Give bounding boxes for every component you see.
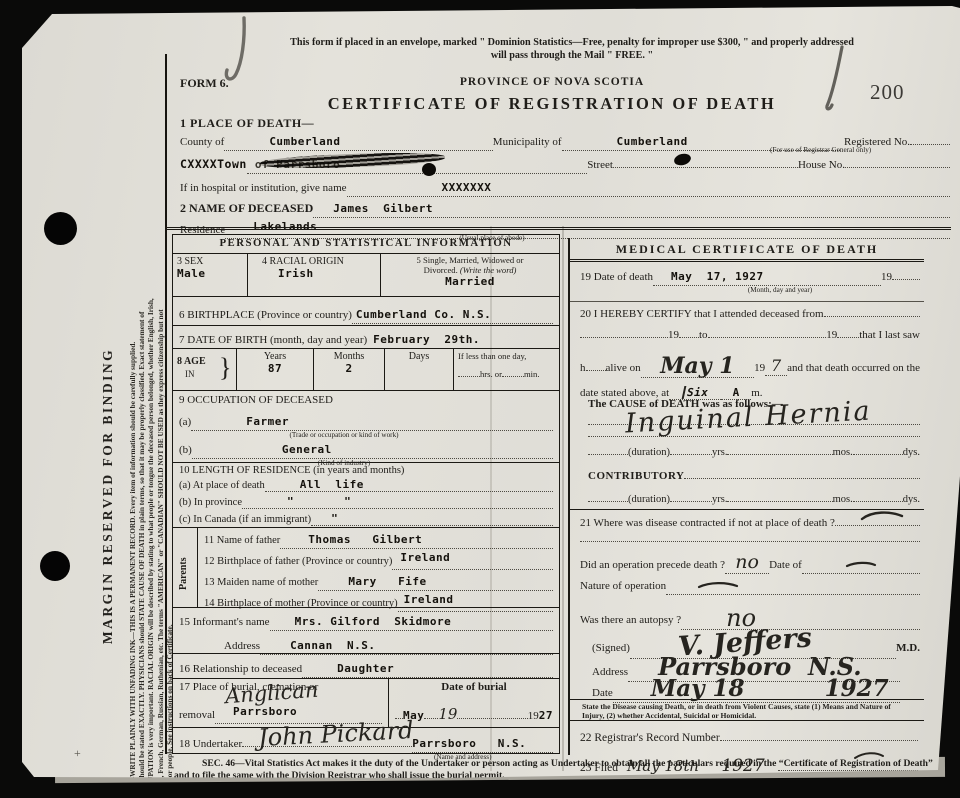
ink-blot-scribble: [422, 163, 436, 176]
occupation-label: 9 OCCUPATION OF DECEASED: [179, 394, 553, 406]
registrar-record-label: 22 Registrar's Record Number: [580, 732, 720, 744]
length-residence-row: 10 LENGTH OF RESIDENCE (in years and mon…: [173, 463, 559, 528]
registered-no-caption: (For use of Registrar General only): [770, 146, 871, 154]
burial-day-handwriting: 19: [438, 705, 457, 723]
nb-line: AGE should be stated EXACTLY. PHYSICIANS…: [137, 56, 146, 798]
operation-row: Did an operation precede death ? no Date…: [570, 551, 924, 576]
alive-on: alive on: [606, 362, 641, 374]
yrs-label2: yrs.: [712, 494, 727, 505]
q21-block: 21 Where was disease contracted if not a…: [570, 513, 924, 549]
occ-b-label: (b): [179, 444, 192, 456]
burial-year-value: 27: [539, 709, 553, 722]
age-brace: }: [219, 353, 231, 383]
scanned-death-certificate: MARGIN RESERVED FOR BINDING N.B.—WRITE P…: [0, 0, 960, 798]
yrs-label: yrs.: [712, 447, 727, 458]
racial-origin-cell: 4 RACIAL ORIGIN Irish: [248, 254, 381, 296]
last-saw: that I last saw: [859, 329, 920, 341]
mail-notice-line2: will pass through the Mail " FREE. ": [277, 49, 867, 62]
medical-section-title: MEDICAL CERTIFICATE OF DEATH: [570, 242, 924, 262]
informant-addr-label: Address: [224, 640, 260, 652]
certificate-paper: MARGIN RESERVED FOR BINDING N.B.—WRITE P…: [22, 6, 960, 786]
sex-value: Male: [177, 267, 243, 280]
date-of-death-value: May 17, 1927: [671, 270, 764, 283]
undertaker-value: Parrsboro N.S.: [412, 737, 526, 750]
deceased-name-line: 2 NAME OF DECEASED James Gilbert: [180, 199, 950, 218]
informant-label: 15 Informant's name: [179, 616, 270, 628]
deceased-name-value: James Gilbert: [333, 202, 433, 215]
days-label: Days: [389, 351, 449, 362]
len-b-label: (b) In province: [179, 497, 242, 508]
physician-date-handwriting: May 18 1927: [651, 675, 889, 702]
father-label: 11 Name of father: [204, 535, 280, 546]
years-label: Years: [241, 351, 309, 362]
certificate-title: CERTIFICATE OF REGISTRATION OF DEATH: [242, 94, 862, 114]
punch-hole-top: [44, 212, 77, 245]
registrar-record-row: 22 Registrar's Record Number: [570, 724, 924, 750]
birthplace-label: 6 BIRTHPLACE (Province or country): [179, 309, 352, 321]
town-label: CXXXXTown: [180, 157, 247, 171]
hospital-line: If in hospital or institution, give name…: [180, 178, 950, 197]
dod-year-printed: 19: [881, 271, 892, 283]
violent-note-line2: Injury, (2) whether Accidental, Suicidal…: [582, 712, 918, 721]
parents-fields: 11 Name of father Thomas Gilbert 12 Birt…: [198, 528, 559, 607]
occurred-text: and that death occurred on the: [787, 362, 920, 374]
hrs-label: hrs. or: [480, 369, 502, 379]
birthplace-value: Cumberland Co. N.S.: [356, 308, 491, 321]
medical-section: MEDICAL CERTIFICATE OF DEATH 19 Date of …: [568, 238, 924, 755]
street-label: Street: [587, 159, 613, 171]
parents-row: Parents 11 Name of father Thomas Gilbert…: [173, 528, 559, 608]
mail-notice: This form if placed in an envelope, mark…: [277, 36, 867, 62]
municipality-label: Municipality of: [493, 136, 562, 148]
operation-handwriting: no: [735, 551, 759, 573]
date-of-death-label: 19 Date of death: [580, 271, 653, 283]
stamp-number: 200: [870, 80, 905, 105]
age-days-cell: Days: [384, 349, 453, 390]
min-label: min.: [524, 369, 540, 379]
violent-note: State the Disease causing Death, or in d…: [570, 701, 924, 721]
father-bp-label: 12 Birthplace of father (Province or cou…: [204, 556, 392, 567]
nb-instructions: N.B.—WRITE PLAINLY WITH UNFADING INK—THI…: [128, 56, 174, 798]
marital-value: Married: [385, 275, 555, 288]
personal-section-title: PERSONAL AND STATISTICAL INFORMATION: [173, 235, 559, 254]
autopsy-row: Was there an autopsy ? no: [570, 601, 924, 627]
nb-line: Scotch, French, German, Russian, Rutheni…: [156, 56, 165, 798]
birthplace-row: 6 BIRTHPLACE (Province or country) Cumbe…: [173, 297, 559, 326]
length-residence-label: 10 LENGTH OF RESIDENCE (in years and mon…: [179, 465, 553, 476]
mother-value: Mary Fife: [348, 575, 426, 588]
nature-dash-ink: [696, 580, 740, 589]
section-divider: [165, 227, 951, 230]
marital-label: 5 Single, Married, Widowed or Divorced. …: [385, 256, 555, 275]
duration-label: (duration): [628, 447, 670, 458]
relationship-value: Daughter: [337, 662, 394, 675]
years-value: 87: [241, 362, 309, 375]
contributory-label: CONTRIBUTORY: [588, 470, 684, 482]
to-word: to: [699, 329, 708, 341]
len-b-ditto1: ": [287, 495, 294, 508]
county-label: County of: [180, 136, 224, 148]
operation-label: Did an operation precede death ?: [580, 559, 725, 571]
burial-place-handwriting: Anglican: [224, 678, 319, 708]
yr19a: 19: [668, 329, 679, 341]
father-bp-value: Ireland: [400, 551, 450, 564]
certify-block: 20 I HEREBY CERTIFY that I attended dece…: [570, 304, 924, 396]
certify-line1: 20 I HEREBY CERTIFY that I attended dece…: [580, 308, 824, 320]
dob-row: 7 DATE OF BIRTH (month, day and year) Fe…: [173, 326, 559, 348]
len-a-label: (a) At place of death: [179, 480, 265, 491]
informant-addr-value: Cannan N.S.: [290, 639, 375, 652]
len-a-value: All life: [300, 478, 364, 491]
informant-value: Mrs. Gilford Skidmore: [295, 615, 452, 628]
duration-label2: (duration): [628, 494, 670, 505]
registrar-tick-mark: +: [74, 746, 81, 761]
burial-date-cell: Date of burial May 19 1927: [389, 679, 559, 727]
punch-hole-bottom: [40, 551, 70, 581]
informant-row: 15 Informant's name Mrs. Gilford Skidmor…: [173, 608, 559, 654]
signed-row: (Signed) V. Jeffers M.D.: [570, 627, 924, 652]
months-label: Months: [318, 351, 380, 362]
undertaker-label: 18 Undertaker: [179, 738, 242, 750]
yr19b: 19: [826, 329, 837, 341]
hospital-value: XXXXXXX: [442, 181, 492, 194]
relationship-label: 16 Relationship to deceased: [179, 663, 302, 675]
burial-date-label: Date of burial: [395, 681, 553, 693]
age-cell: 8 AGE } IN: [173, 349, 236, 390]
undertaker-row: 18 Undertaker Parrsboro N.S. (Name and a…: [173, 728, 559, 753]
op-date-dash-ink: [844, 560, 878, 568]
burial-label-2: removal: [179, 709, 215, 721]
burial-year-printed: 19: [528, 710, 539, 722]
place-of-death-label: 1 PLACE OF DEATH—: [180, 116, 314, 131]
mother-label: 13 Maiden name of mother: [204, 577, 318, 588]
hospital-label: If in hospital or institution, give name: [180, 182, 347, 194]
occupation-row: 9 OCCUPATION OF DECEASED (a) Farmer (Tra…: [173, 391, 559, 463]
age-label: 8 AGE: [177, 356, 206, 367]
dys-label: dys.: [903, 447, 920, 458]
autopsy-label: Was there an autopsy ?: [580, 614, 681, 626]
racial-origin-label: 4 RACIAL ORIGIN: [262, 256, 376, 267]
sex-cell: 3 SEX Male: [173, 254, 248, 296]
age-months-cell: Months 2: [313, 349, 384, 390]
sex-label: 3 SEX: [177, 256, 243, 267]
alive-date-handwriting: May 1: [660, 353, 734, 379]
op-date-label: Date of: [769, 559, 802, 571]
len-c-ditto: ": [331, 512, 338, 525]
q21-dash-ink: [858, 509, 906, 523]
age-row: 8 AGE } IN Years 87 Months 2 Days If les…: [173, 348, 559, 391]
relationship-row: 16 Relationship to deceased Daughter: [173, 654, 559, 679]
county-value: Cumberland: [269, 135, 340, 148]
mos-label2: mos.: [833, 494, 853, 505]
date-of-death-row: 19 Date of death May 17, 1927 19 (Month,…: [570, 265, 924, 302]
months-value: 2: [318, 362, 380, 375]
nb-line: OCCUPATION is very important. RACIAL ORI…: [146, 56, 155, 798]
province-title: PROVINCE OF NOVA SCOTIA: [322, 76, 782, 88]
parents-label-cell: Parents: [173, 528, 198, 607]
marital-cell: 5 Single, Married, Widowed or Divorced. …: [381, 254, 559, 296]
cause-block: The CAUSE of DEATH was as follows:— Ingu…: [570, 396, 924, 466]
personal-section: PERSONAL AND STATISTICAL INFORMATION 3 S…: [172, 234, 560, 754]
len-b-ditto2: ": [344, 495, 351, 508]
date-of-death-caption: (Month, day and year): [670, 286, 890, 294]
father-value: Thomas Gilbert: [308, 533, 422, 546]
binding-margin-label: MARGIN RESERVED FOR BINDING: [100, 281, 124, 711]
q21-label: 21 Where was disease contracted if not a…: [580, 517, 835, 529]
less-than-day-label: If less than one day,: [458, 351, 555, 361]
sex-racial-marital-row: 3 SEX Male 4 RACIAL ORIGIN Irish 5 Singl…: [173, 254, 559, 297]
form-number: FORM 6.: [180, 76, 229, 91]
paper-fold: [562, 226, 564, 771]
occ-a-caption: (Trade or occupation or kind of work): [179, 431, 509, 439]
nature-label: Nature of operation: [580, 580, 666, 592]
municipality-value: Cumberland: [617, 135, 688, 148]
racial-origin-value: Irish: [278, 267, 376, 280]
age-years-cell: Years 87: [236, 349, 313, 390]
house-no-label: House No.: [798, 159, 845, 171]
nature-row: Nature of operation: [570, 576, 924, 601]
deceased-name-label: 2 NAME OF DECEASED: [180, 201, 313, 216]
physician-address-row: Address Parrsboro N.S.: [570, 652, 924, 675]
h-word: h: [580, 362, 586, 374]
mos-label: mos.: [833, 447, 853, 458]
parents-label: Parents: [178, 530, 189, 590]
contributory-block: CONTRIBUTORY (duration) yrs. mos. dys.: [570, 466, 924, 510]
occ-b-value: General: [282, 443, 332, 456]
mother-bp-value: Ireland: [404, 593, 454, 606]
age-less-cell: If less than one day, hrs. or min.: [453, 349, 559, 390]
form-left-border: [165, 54, 167, 754]
len-c-label: (c) In Canada (if an immigrant): [179, 514, 311, 525]
dob-value: February 29th.: [373, 333, 480, 346]
mail-notice-line1: This form if placed in an envelope, mark…: [277, 36, 867, 49]
alive-year-handwriting: 7: [771, 356, 781, 375]
dob-label: 7 DATE OF BIRTH (month, day and year): [179, 334, 367, 346]
physician-date-label: Date: [592, 687, 613, 699]
occ-a-label: (a): [179, 416, 191, 428]
occ-a-value: Farmer: [246, 415, 289, 428]
physician-date-row: Date May 18 1927: [570, 675, 924, 700]
nb-line: N.B.—WRITE PLAINLY WITH UNFADING INK—THI…: [128, 56, 137, 798]
division-registrar-caption: (Division Registrar): [775, 777, 918, 785]
dys-label2: dys.: [903, 494, 920, 505]
yr19c: 19: [754, 362, 765, 374]
